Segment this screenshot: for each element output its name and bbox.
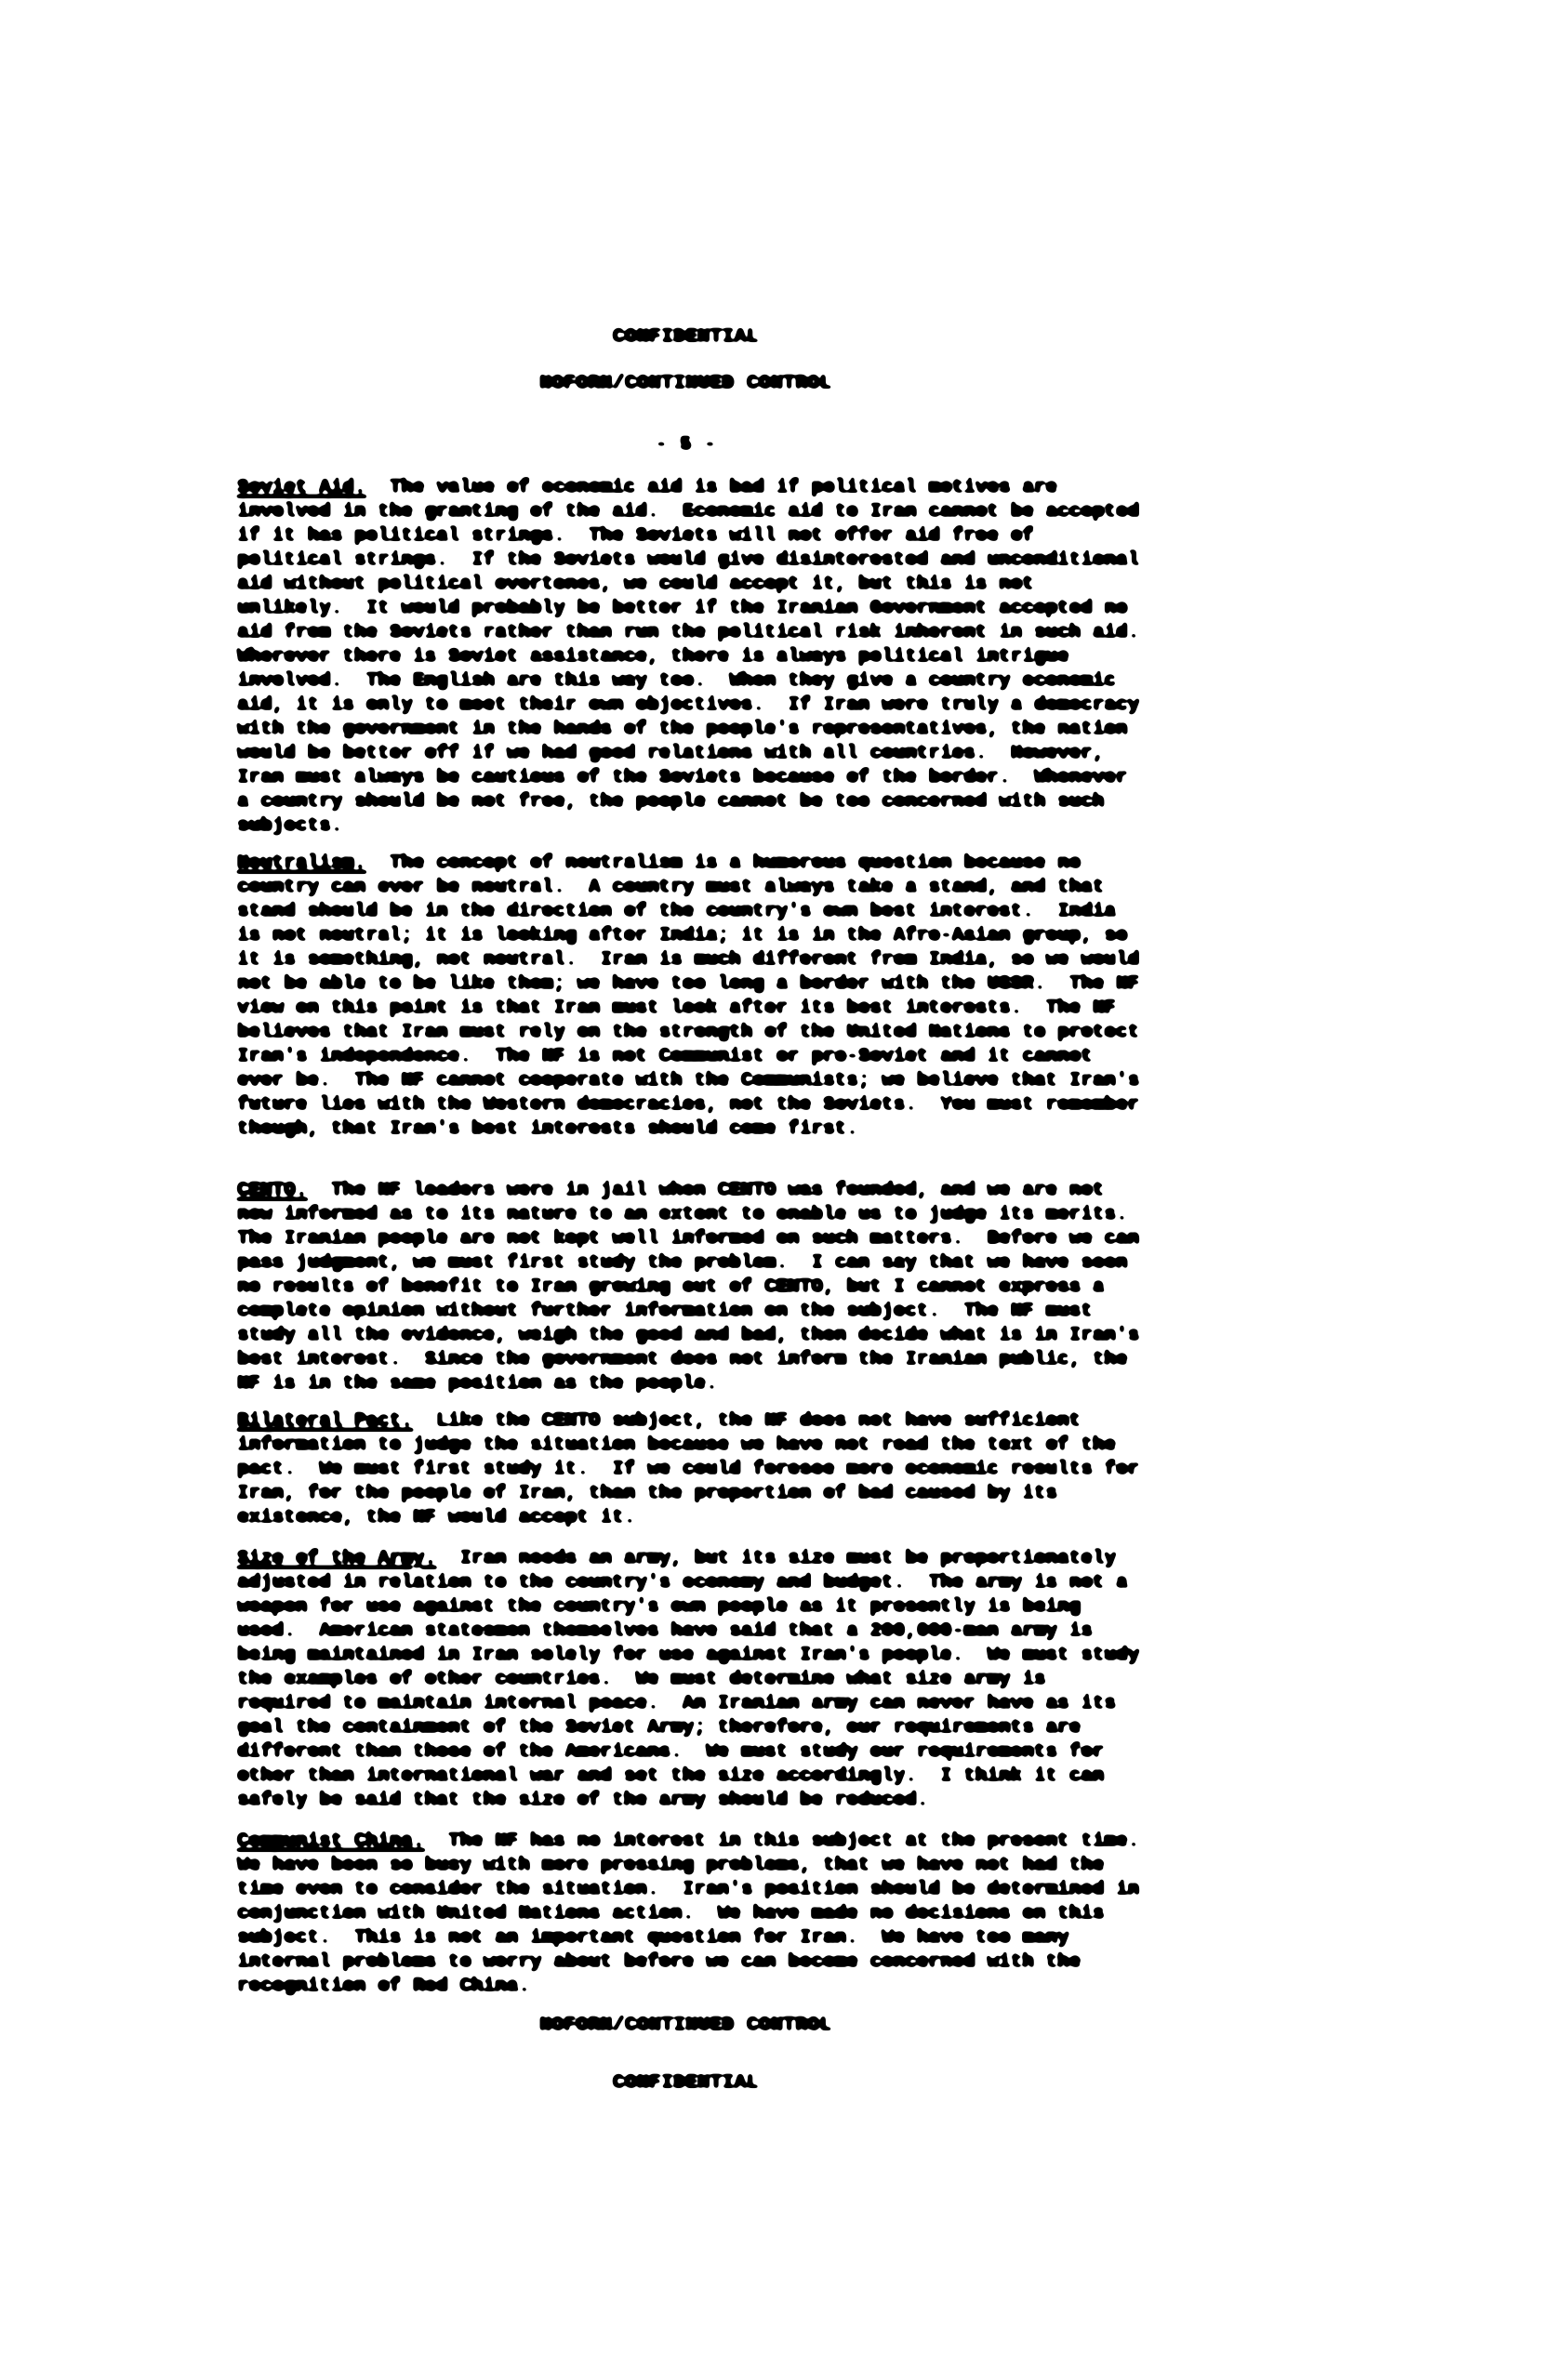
section-heading: Communist China. xyxy=(237,1831,425,1852)
section-body: The concept of neutralism is a humorous … xyxy=(237,853,1151,1140)
control-marking-top: NOFORN/CONTINUED CONTROL xyxy=(237,372,1135,396)
page-number: - 5 - xyxy=(237,433,1135,457)
section-heading: Bilateral Pact. xyxy=(237,1410,413,1432)
section-heading: Soviet Aid. xyxy=(237,477,366,498)
section-size-of-army: Size of the Army. Iran needs an army, bu… xyxy=(237,1547,1144,1813)
section-body: The NF leaders were in jail when CENTO w… xyxy=(237,1180,1151,1395)
section-neutralism: Neutralism. The concept of neutralism is… xyxy=(237,852,1144,1142)
classification-marking-bottom: CONFIDENTIAL xyxy=(237,2071,1135,2096)
typewriter-ink-layer: CONFIDENTIAL NOFORN/CONTINUED CONTROL - … xyxy=(0,0,1566,2380)
section-heading: CENTO. xyxy=(237,1180,308,1201)
section-soviet-aid: Soviet Aid. The value of economic aid is… xyxy=(237,476,1144,839)
section-body: The NF has no interest in this subject a… xyxy=(237,1831,1163,1997)
section-heading: Size of the Army. xyxy=(237,1548,436,1569)
section-bilateral-pact: Bilateral Pact. Like the CENTO subject, … xyxy=(237,1409,1144,1530)
section-cento: CENTO. The NF leaders were in jail when … xyxy=(237,1179,1144,1396)
scanned-document-page: CONFIDENTIAL NOFORN/CONTINUED CONTROL - … xyxy=(0,0,1566,2380)
section-body: Iran needs an army, but its size must be… xyxy=(237,1548,1151,1811)
section-body: The value of economic aid is bad if poli… xyxy=(237,477,1163,837)
control-marking-bottom: NOFORN/CONTINUED CONTROL xyxy=(237,2014,1135,2038)
classification-marking-top: CONFIDENTIAL xyxy=(237,325,1135,350)
section-heading: Neutralism. xyxy=(237,853,366,874)
section-communist-china: Communist China. The NF has no interest … xyxy=(237,1830,1144,1999)
